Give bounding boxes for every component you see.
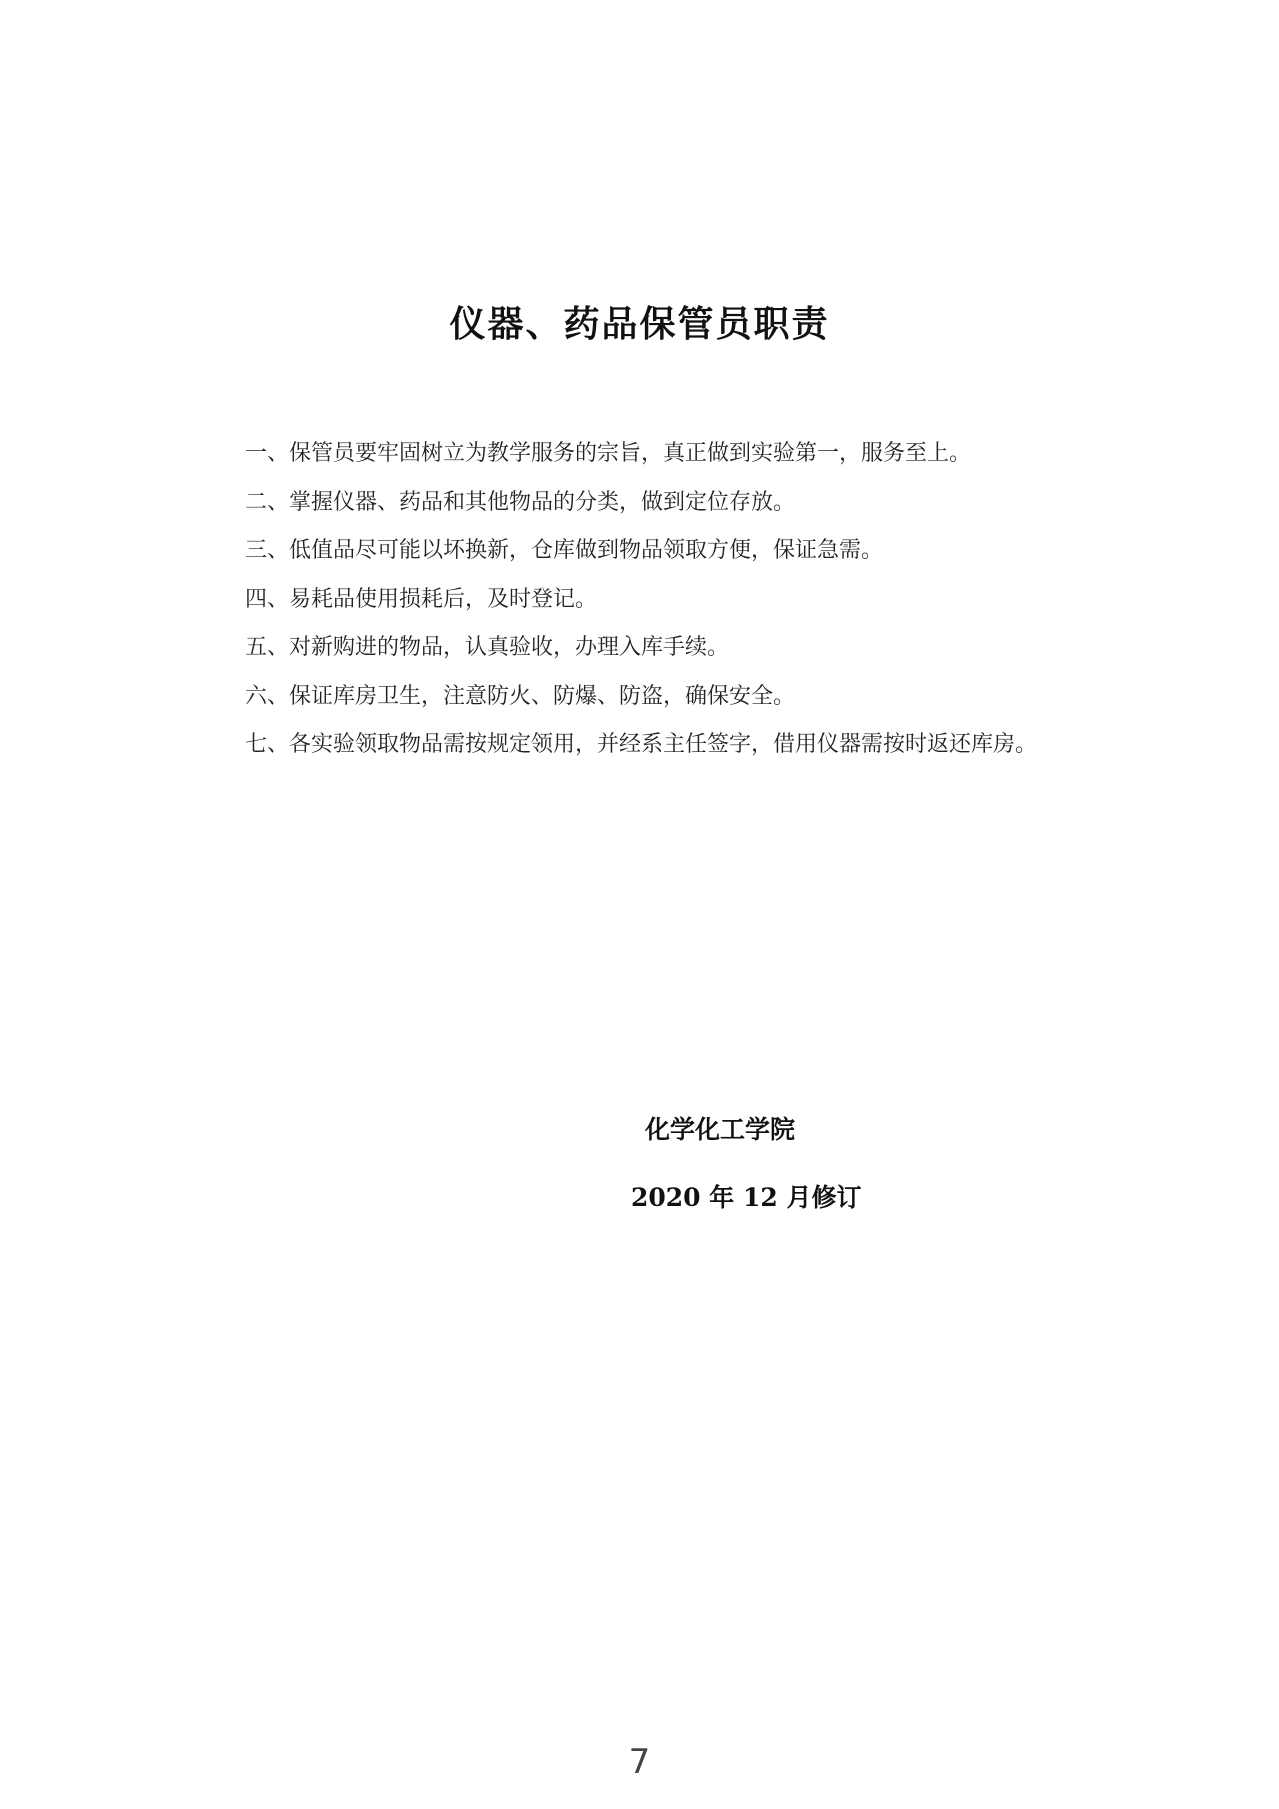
duty-item-3: 三、低值品尽可能以坏换新，仓库做到物品领取方便，保证急需。: [193, 527, 1097, 576]
duty-item-1: 一、保管员要牢固树立为教学服务的宗旨，真正做到实验第一，服务至上。: [193, 430, 1097, 479]
duty-item-2: 二、掌握仪器、药品和其他物品的分类，做到定位存放。: [193, 479, 1097, 528]
duty-item-4: 四、易耗品使用损耗后，及时登记。: [193, 576, 1097, 625]
signature-organization: 化学化工学院: [645, 1110, 795, 1146]
duty-item-5: 五、对新购进的物品，认真验收，办理入库手续。: [193, 624, 1097, 673]
signature-date: 2020 年 12 月修订: [631, 1178, 861, 1214]
duties-list: 一、保管员要牢固树立为教学服务的宗旨，真正做到实验第一，服务至上。 二、掌握仪器…: [193, 430, 1097, 770]
duty-item-7: 七、各实验领取物品需按规定领用，并经系主任签字，借用仪器需按时返还库房。: [193, 721, 1097, 770]
page-number: 7: [0, 1742, 1279, 1782]
document-title: 仪器、药品保管员职责: [0, 296, 1279, 347]
duty-item-6: 六、保证库房卫生，注意防火、防爆、防盗，确保安全。: [193, 673, 1097, 722]
